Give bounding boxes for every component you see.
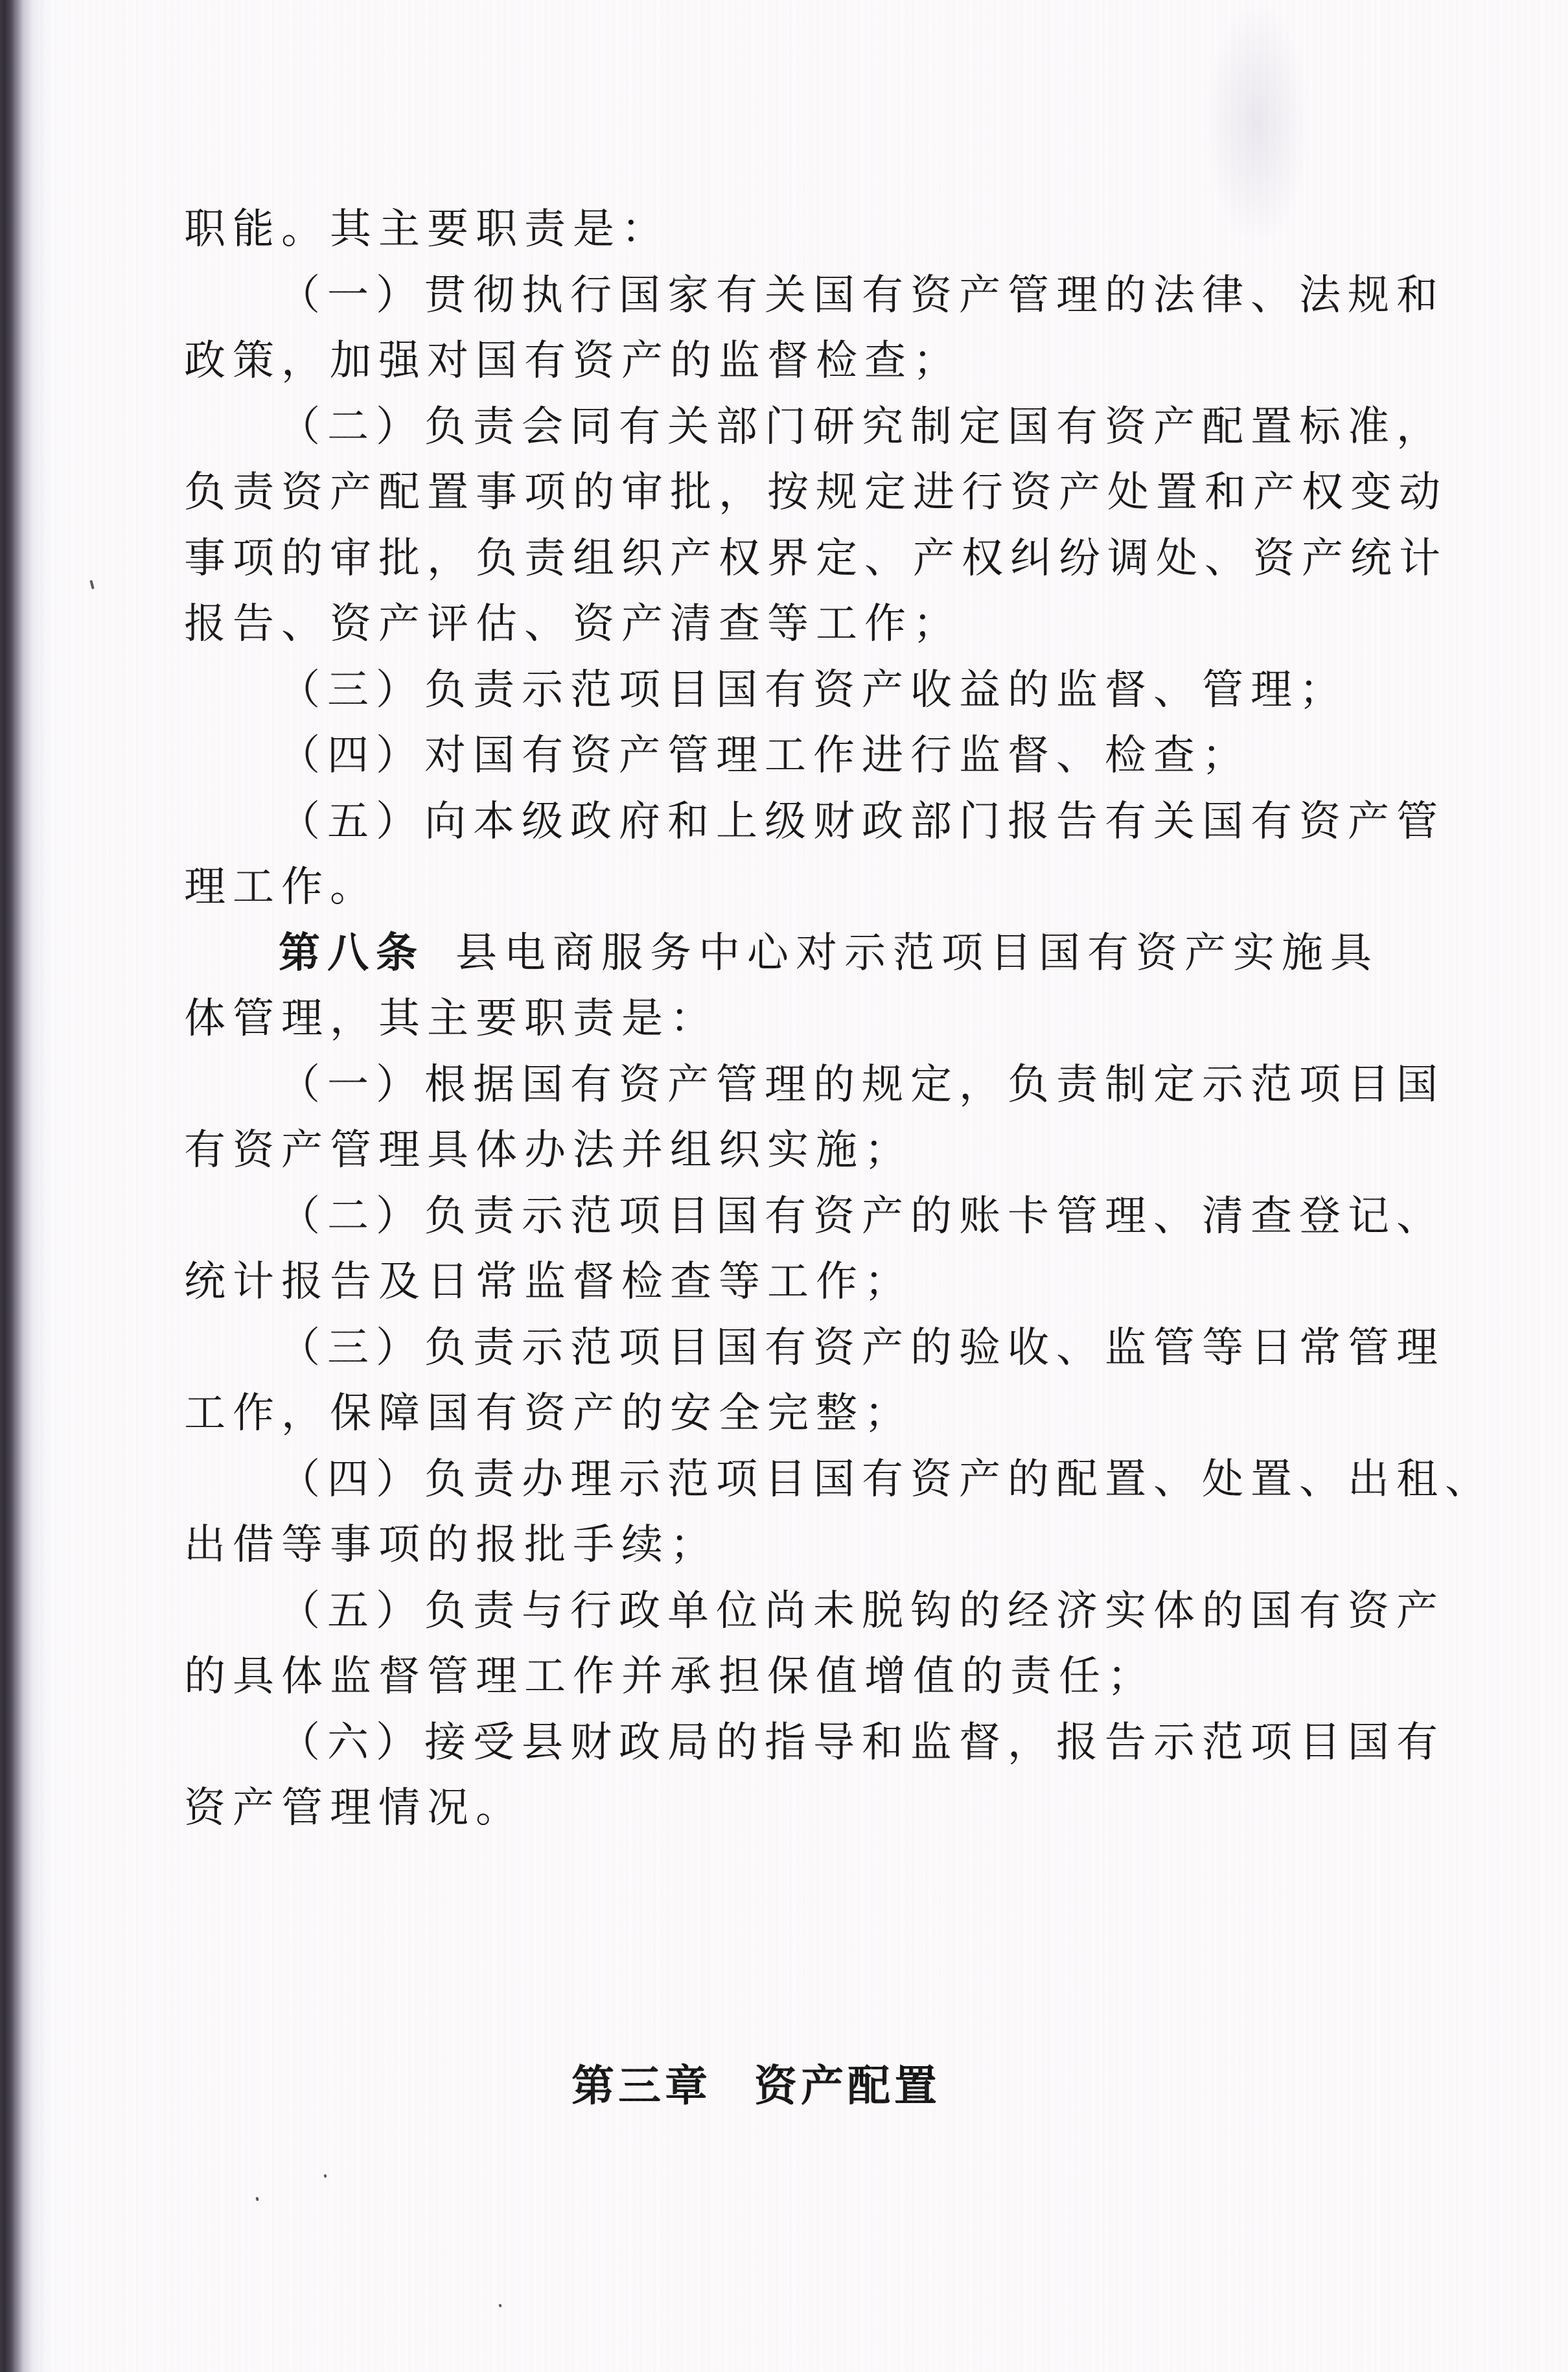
article-line: 第八条县电商服务中心对示范项目国有资产实施具	[184, 930, 1337, 996]
scan-speck	[89, 580, 94, 590]
paragraph-line: 理工作。	[184, 864, 1337, 930]
paragraph-line: 资产管理情况。	[184, 1785, 1337, 1851]
paragraph-line: 工作，保障国有资产的安全完整；	[184, 1390, 1337, 1456]
article-label: 第八条	[279, 929, 424, 977]
paragraph-line: （二）负责会同有关部门研究制定国有资产配置标准，	[184, 404, 1337, 470]
article-text: 县电商服务中心对示范项目国有资产实施具	[455, 929, 1379, 977]
paragraph-line: （三）负责示范项目国有资产的验收、监管等日常管理	[184, 1325, 1337, 1391]
scan-speck	[498, 2304, 502, 2308]
paragraph-line: （五）向本级政府和上级财政部门报告有关国有资产管	[184, 798, 1337, 865]
scanned-page: 职能。其主要职责是： （一）贯彻执行国家有关国有资产管理的法律、法规和 政策，加…	[0, 0, 1568, 2372]
paragraph-line: （二）负责示范项目国有资产的账卡管理、清查登记、	[184, 1193, 1337, 1259]
chapter-title: 资产配置	[754, 2061, 941, 2111]
paragraph-line: （一）根据国有资产管理的规定，负责制定示范项目国	[184, 1062, 1337, 1128]
scan-speck	[323, 2174, 327, 2178]
paragraph-line: （四）对国有资产管理工作进行监督、检查；	[184, 732, 1337, 798]
paragraph-line: （四）负责办理示范项目国有资产的配置、处置、出租、	[184, 1456, 1337, 1522]
paragraph-line: 体管理，其主要职责是：	[184, 995, 1337, 1062]
paragraph-line: 负责资产配置事项的审批，按规定进行资产处置和产权变动	[184, 469, 1337, 535]
paragraph-line: 有资产管理具体办法并组织实施；	[184, 1127, 1337, 1193]
paragraph-line: 出借等事项的报批手续；	[184, 1522, 1337, 1588]
paragraph-line: （三）负责示范项目国有资产收益的监督、管理；	[184, 667, 1337, 733]
scan-speck	[255, 2197, 259, 2202]
paragraph-line: 统计报告及日常监督检查等工作；	[184, 1259, 1337, 1325]
paragraph-line: 的具体监督管理工作并承担保值增值的责任；	[184, 1653, 1337, 1719]
paragraph-line: （六）接受县财政局的指导和监督，报告示范项目国有	[184, 1719, 1337, 1785]
paragraph-line: 职能。其主要职责是：	[184, 206, 1337, 272]
chapter-number: 第三章	[571, 2061, 711, 2111]
chapter-heading: 第三章资产配置	[571, 2051, 941, 2113]
paragraph-line: （五）负责与行政单位尚未脱钩的经济实体的国有资产	[184, 1588, 1337, 1654]
document-body: 职能。其主要职责是： （一）贯彻执行国家有关国有资产管理的法律、法规和 政策，加…	[184, 206, 1337, 1851]
paragraph-line: 事项的审批，负责组织产权界定、产权纠纷调处、资产统计	[184, 535, 1337, 601]
paragraph-line: 政策，加强对国有资产的监督检查；	[184, 338, 1337, 404]
paragraph-line: （一）贯彻执行国家有关国有资产管理的法律、法规和	[184, 272, 1337, 338]
paragraph-line: 报告、资产评估、资产清查等工作；	[184, 601, 1337, 667]
